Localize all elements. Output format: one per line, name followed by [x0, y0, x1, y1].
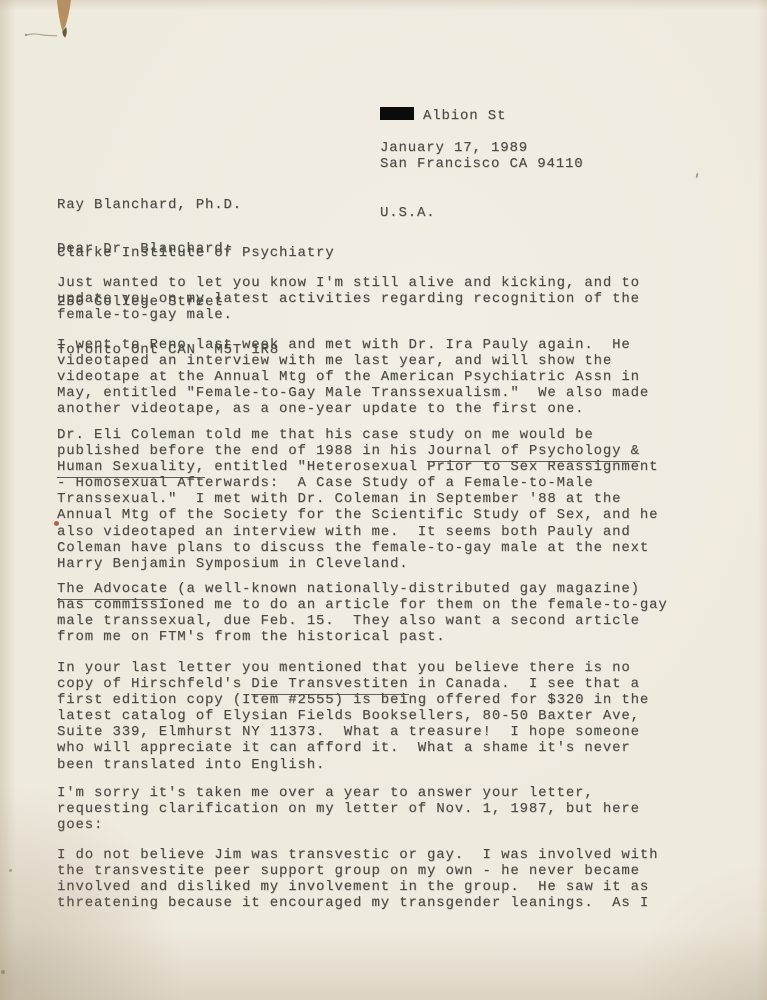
body-line: Just wanted to let you know I'm still al…: [57, 275, 640, 291]
body-line: threatening because it encouraged my tra…: [57, 895, 658, 911]
body-line: female-to-gay male.: [57, 307, 640, 323]
body-line: Harry Benjamin Symposium in Cleveland.: [57, 556, 658, 572]
paragraph-7: I do not believe Jim was transvestic or …: [57, 847, 658, 911]
body-line: In your last letter you mentioned that y…: [57, 660, 649, 676]
body-line: Dr. Eli Coleman told me that his case st…: [57, 427, 658, 443]
body-line: The Advocate (a well-known nationally-di…: [57, 581, 668, 597]
body-line: published before the end of 1988 in his …: [57, 443, 658, 459]
body-line: - Homosexual Afterwards: A Case Study of…: [57, 475, 658, 491]
body-line: also videotaped an interview with me. It…: [57, 524, 658, 540]
paragraph-2: I went to Reno last week and met with Dr…: [57, 337, 649, 417]
body-line: who will appreciate it can afford it. Wh…: [57, 740, 649, 756]
paragraph-6: I'm sorry it's taken me over a year to a…: [57, 785, 640, 833]
paragraph-5: In your last letter you mentioned that y…: [57, 660, 649, 773]
paragraph-3: Dr. Eli Coleman told me that his case st…: [57, 427, 658, 572]
body-line: videotaped an interview with me last yea…: [57, 353, 649, 369]
body-line: has commissioned me to do an article for…: [57, 597, 668, 613]
body-line: Transsexual." I met with Dr. Coleman in …: [57, 491, 658, 507]
paragraph-1: Just wanted to let you know I'm still al…: [57, 275, 640, 323]
letter-page: Albion St San Francisco CA 94110 U.S.A. …: [0, 0, 767, 1000]
body-line: goes:: [57, 817, 640, 833]
body-line: update you on my latest activities regar…: [57, 291, 640, 307]
body-line: I'm sorry it's taken me over a year to a…: [57, 785, 640, 801]
body-line: Annual Mtg of the Society for the Scient…: [57, 507, 658, 523]
letter-body: Just wanted to let you know I'm still al…: [0, 0, 767, 1000]
body-line: I went to Reno last week and met with Dr…: [57, 337, 649, 353]
body-line: Suite 339, Elmhurst NY 11373. What a tre…: [57, 724, 649, 740]
paragraph-4: The Advocate (a well-known nationally-di…: [57, 581, 668, 645]
body-line: videotape at the Annual Mtg of the Ameri…: [57, 369, 649, 385]
body-line: first edition copy (Item #2555) is being…: [57, 692, 649, 708]
body-line: May, entitled "Female-to-Gay Male Transs…: [57, 385, 649, 401]
body-line: the transvestite peer support group on m…: [57, 863, 658, 879]
body-line: Coleman have plans to discuss the female…: [57, 540, 658, 556]
body-line: Human Sexuality, entitled "Heterosexual …: [57, 459, 658, 475]
body-line: male transsexual, due Feb. 15. They also…: [57, 613, 668, 629]
body-line: another videotape, as a one-year update …: [57, 401, 649, 417]
body-line: copy of Hirschfeld's Die Transvestiten i…: [57, 676, 649, 692]
body-line: been translated into English.: [57, 757, 649, 773]
body-line: requesting clarification on my letter of…: [57, 801, 640, 817]
body-line: I do not believe Jim was transvestic or …: [57, 847, 658, 863]
body-line: latest catalog of Elysian Fields Booksel…: [57, 708, 649, 724]
body-line: from me on FTM's from the historical pas…: [57, 629, 668, 645]
body-line: involved and disliked my involvement in …: [57, 879, 658, 895]
